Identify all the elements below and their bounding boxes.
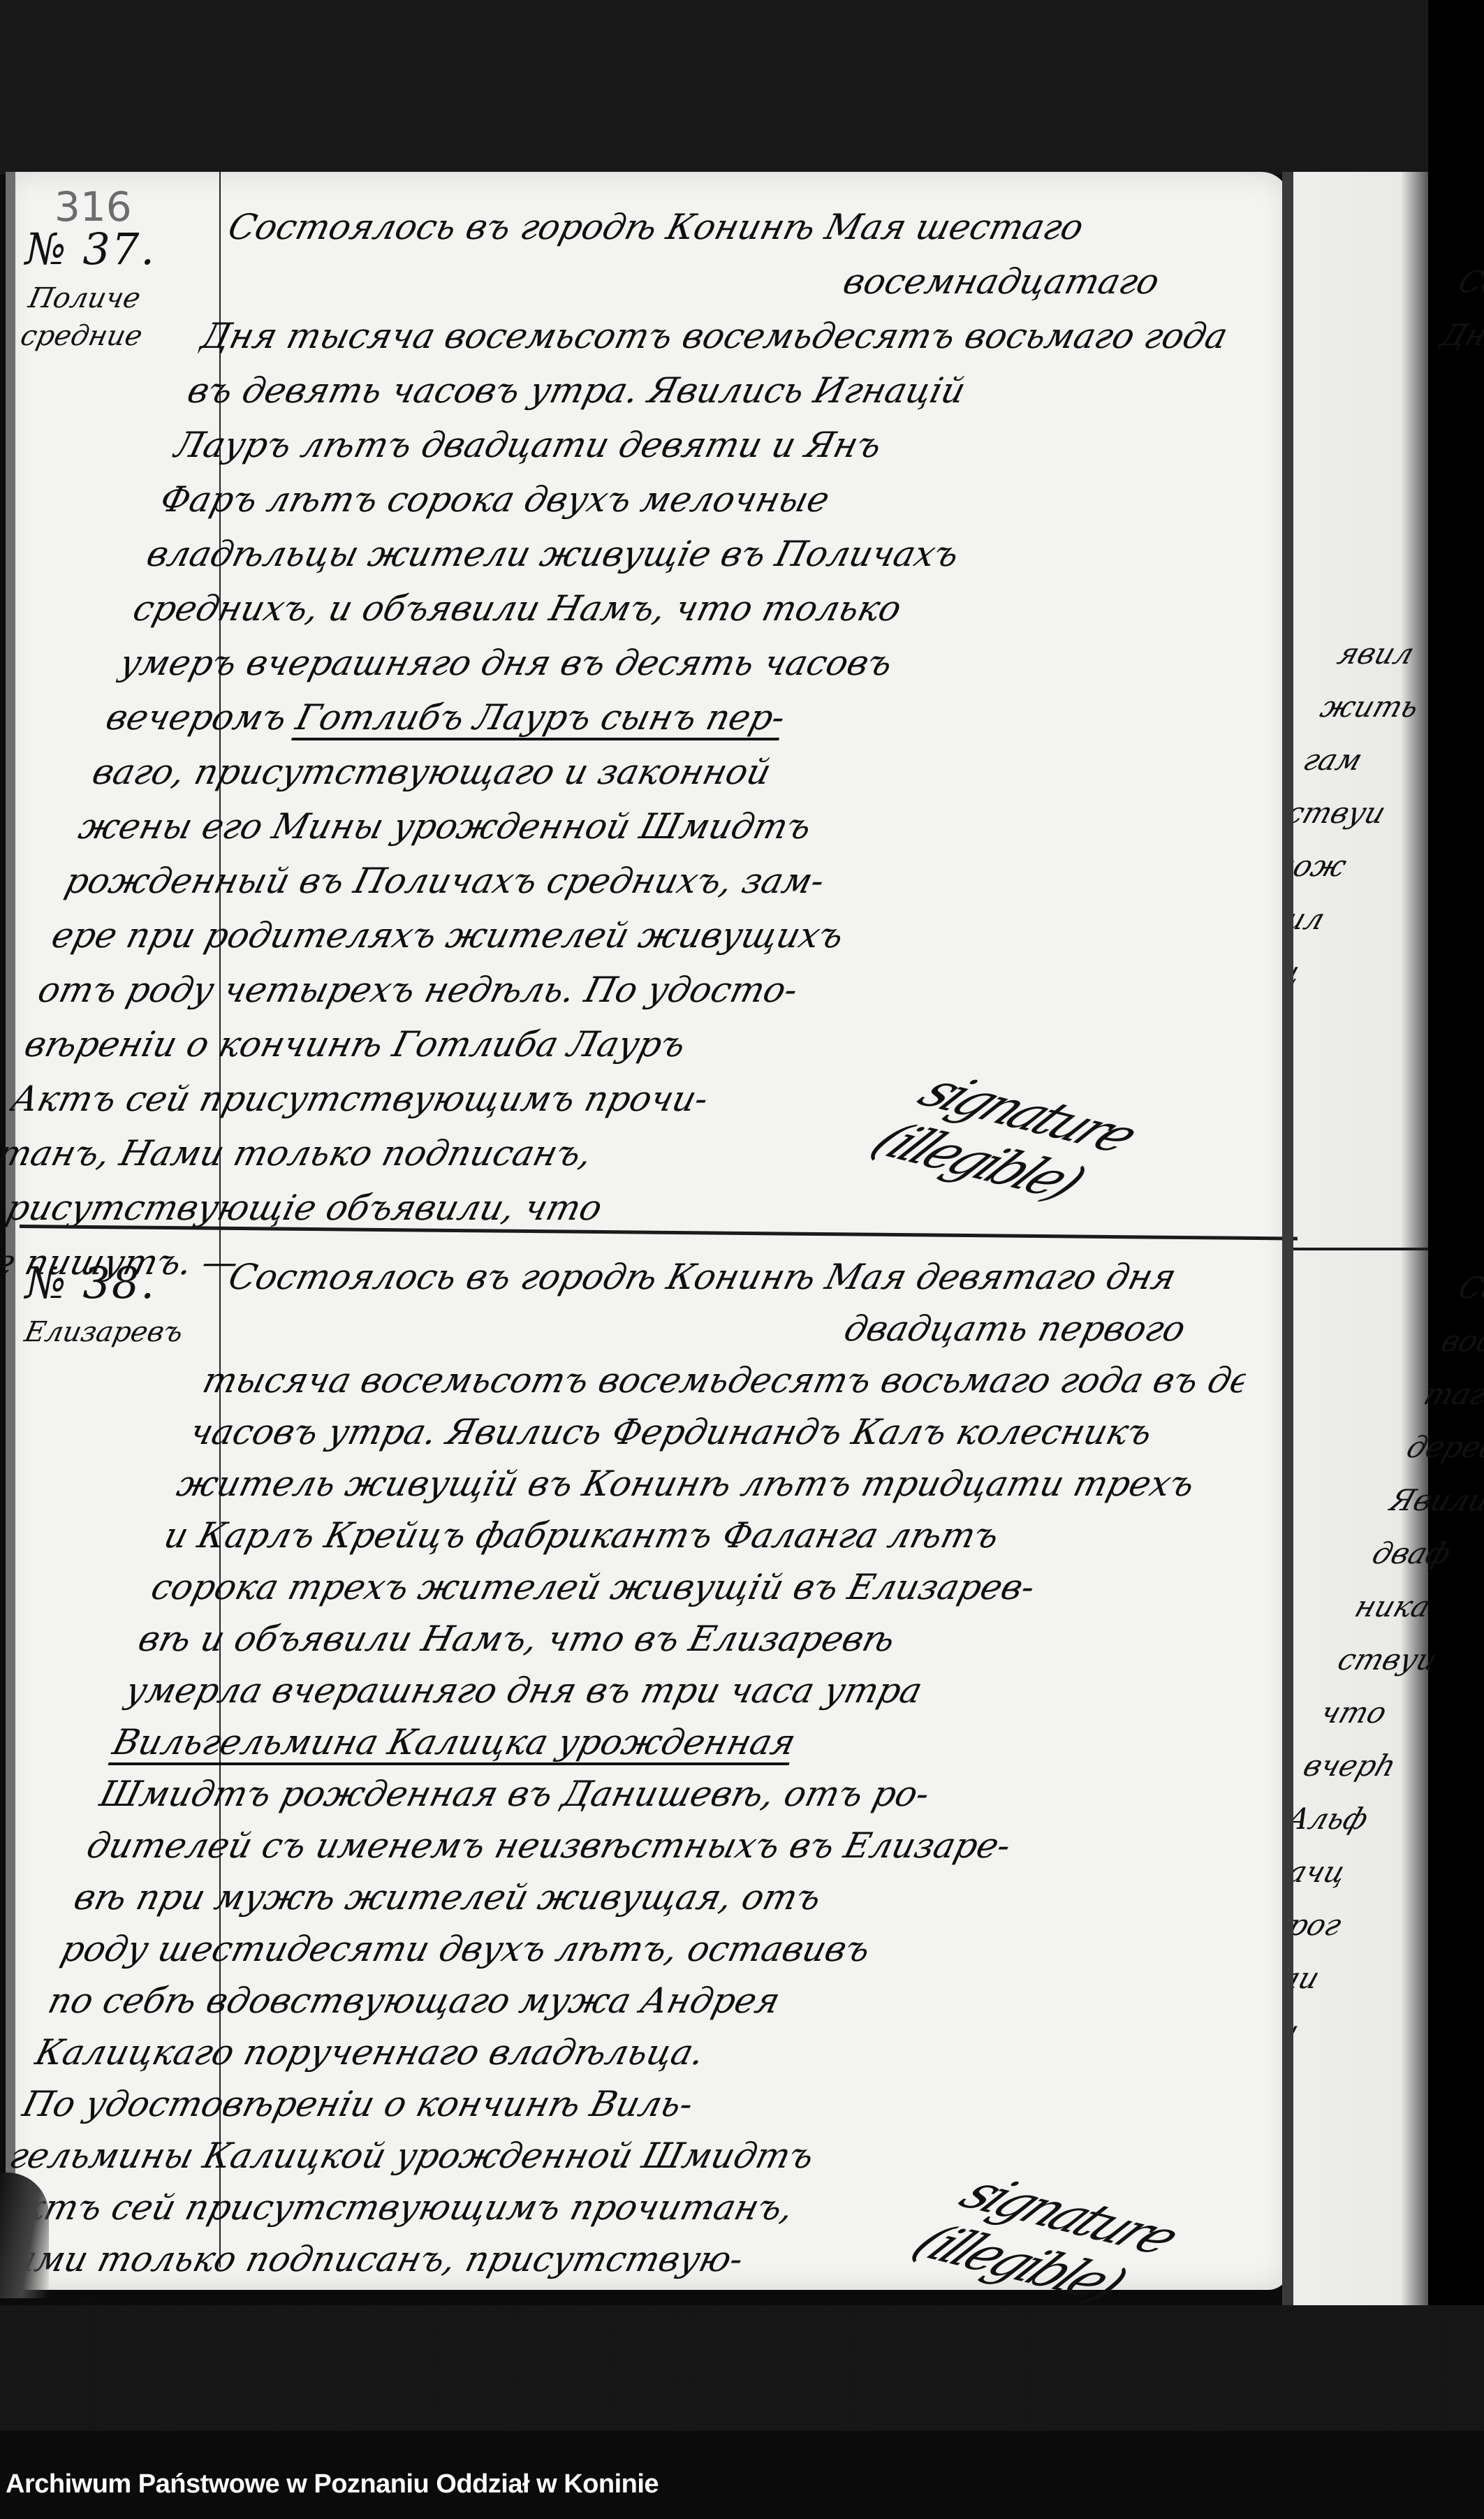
adjacent-line-fragment: жить xyxy=(1313,680,1453,733)
adjacent-line-fragment xyxy=(1399,415,1484,468)
handwritten-line: Актъ сей присутствующимъ прочитанъ, xyxy=(0,2182,1045,2233)
handwritten-line: вечеромъ Готлибъ Лауръ сынъ пер- xyxy=(101,690,1154,745)
handwritten-line: Лауръ лѣтъ двадцати девяти и Янъ xyxy=(168,418,1222,472)
handwritten-line: отъ роду четырехъ недѣль. По удосто- xyxy=(32,963,1086,1017)
adjacent-line-fragment: явил xyxy=(1330,627,1470,680)
adjacent-line-fragment: вчерh xyxy=(1296,1739,1436,1792)
adjacent-line-fragment: ника xyxy=(1348,1580,1484,1633)
handwritten-line: Состоялось въ городѣ Конинѣ Мая девятаго… xyxy=(223,1251,1277,1303)
handwritten-line: Калицкаго порученнаго владѣльца. xyxy=(30,2027,1083,2078)
handwritten-line: умеръ вчерашняго дня въ десять часовъ xyxy=(114,636,1168,690)
village-name: Елизаревъ xyxy=(21,1313,217,1351)
handwritten-line: восемнадцатаго xyxy=(209,254,1263,309)
handwritten-line: жены его Мины урожденной Шмидтъ xyxy=(73,799,1127,854)
adjacent-line-fragment: дерев xyxy=(1399,1421,1484,1474)
handwritten-line: Дня тысяча восемьсотъ восемьдесятъ восьм… xyxy=(196,309,1249,363)
entry-38-margin: № 38. Елизаревъ xyxy=(25,1262,214,1351)
handwritten-line: въ девять часовъ утра. Явились Игнацій xyxy=(182,363,1235,418)
adjacent-line-fragment: дваф xyxy=(1365,1527,1484,1580)
village-name: Поличе средние xyxy=(17,279,222,355)
handwritten-line: рожденный въ Поличахъ среднихъ, зам- xyxy=(59,854,1113,908)
handwritten-line: двадцать первого xyxy=(210,1303,1263,1355)
adjacent-line-fragment: ствуи xyxy=(1279,787,1418,840)
handwritten-line: сорока трехъ жителей живущій въ Елизарев… xyxy=(146,1561,1199,1613)
adjacent-line-fragment: что xyxy=(1313,1686,1453,1739)
handwritten-line: роду шестидесяти двухъ лѣтъ, оставивъ xyxy=(56,1923,1109,1975)
handwritten-line: среднихъ, и объявили Намъ, что только xyxy=(127,581,1181,636)
handwritten-line: вѣ при мужѣ жителей живущая, отъ xyxy=(68,1871,1122,1923)
archive-caption: Archiwum Państwowe w Poznaniu Oddział w … xyxy=(6,2469,659,2499)
handwritten-line: гельмины Калицкой урожденной Шмидтъ xyxy=(4,2130,1057,2182)
adjacent-line-fragment xyxy=(1348,574,1484,627)
handwritten-line: часовъ утра. Явились Фердинандъ Калъ кол… xyxy=(184,1406,1237,1458)
handwritten-line: дителей съ именемъ неизвѣстныхъ въ Елиза… xyxy=(82,1820,1135,1871)
adjacent-line-fragment: гам xyxy=(1296,733,1436,787)
adjacent-line-fragment: Явили xyxy=(1382,1474,1484,1527)
handwritten-line: Нами только подписанъ, присутствую- xyxy=(0,2233,1031,2285)
adjacent-line-fragment: ствуи xyxy=(1330,1633,1470,1686)
handwritten-line: и Карлъ Крейцъ фабрикантъ Фаланга лѣтъ xyxy=(159,1510,1212,1561)
register-page: 316 № 37. Поличе средние Состоялось въ г… xyxy=(6,172,1289,2290)
entry-number: № 38. xyxy=(25,1262,214,1305)
handwritten-line: тысяча восемьсотъ восемьдесятъ восьмаго … xyxy=(198,1355,1251,1406)
scanner-background-top xyxy=(0,0,1484,175)
adjacent-entry-divider xyxy=(1291,1248,1428,1250)
handwritten-line: вѣ и объявили Намъ, что въ Елизаревѣ xyxy=(133,1613,1186,1665)
handwritten-line: Состоялось въ городѣ Конинѣ Мая шестаго xyxy=(223,200,1277,254)
entry-37-margin: № 37. Поличе средние xyxy=(25,228,214,355)
handwritten-line: ваго, присутствующаго и законной xyxy=(87,745,1140,799)
handwritten-line: Фаръ лѣтъ сорока двухъ мелочные xyxy=(154,472,1208,527)
scanner-background-bottom xyxy=(0,2305,1484,2431)
deceased-name-underlined: Готлибъ Лауръ сынъ пер- xyxy=(291,697,789,740)
page-gutter xyxy=(1282,172,1293,2323)
entry-number: № 37. xyxy=(25,228,214,271)
handwritten-line: вѣреніи о кончинѣ Готлиба Лауръ xyxy=(19,1017,1073,1072)
adjacent-page: СостаДня т явилжитьгамствуиможжилкащстоЛ… xyxy=(1291,172,1428,2323)
handwritten-line: по себѣ вдовствующаго мужа Андрея xyxy=(43,1975,1096,2027)
adjacent-line-fragment xyxy=(1417,362,1484,415)
handwritten-line: житель живущій въ Конинѣ лѣтъ тридцати т… xyxy=(172,1458,1225,1510)
handwritten-line: ере при родителяхъ жителей живущихъ xyxy=(46,908,1100,963)
handwritten-line: Вильгельмина Калицка урожденная xyxy=(107,1716,1160,1768)
adjacent-line-fragment: Альф xyxy=(1279,1792,1418,1846)
handwritten-line: По удостовѣреніи о кончинѣ Виль- xyxy=(17,2078,1070,2130)
adjacent-line-fragment: таго xyxy=(1417,1368,1484,1421)
handwritten-line: владѣльцы жители живущіе въ Поличахъ xyxy=(141,527,1195,581)
page-curl-shadow xyxy=(0,2173,49,2298)
handwritten-line: умерла вчерашняго дня въ три часа утра xyxy=(120,1665,1173,1716)
adjacent-line-fragment xyxy=(1365,521,1484,574)
handwritten-line: Шмидтъ рожденная въ Данишевѣ, отъ ро- xyxy=(94,1768,1147,1820)
adjacent-line-fragment xyxy=(1382,468,1484,521)
deceased-name-underlined: Вильгельмина Калицка урожденная xyxy=(108,1722,800,1765)
entry-38-text: Состоялось въ городѣ Конинѣ Мая девятаго… xyxy=(0,1251,1277,2337)
